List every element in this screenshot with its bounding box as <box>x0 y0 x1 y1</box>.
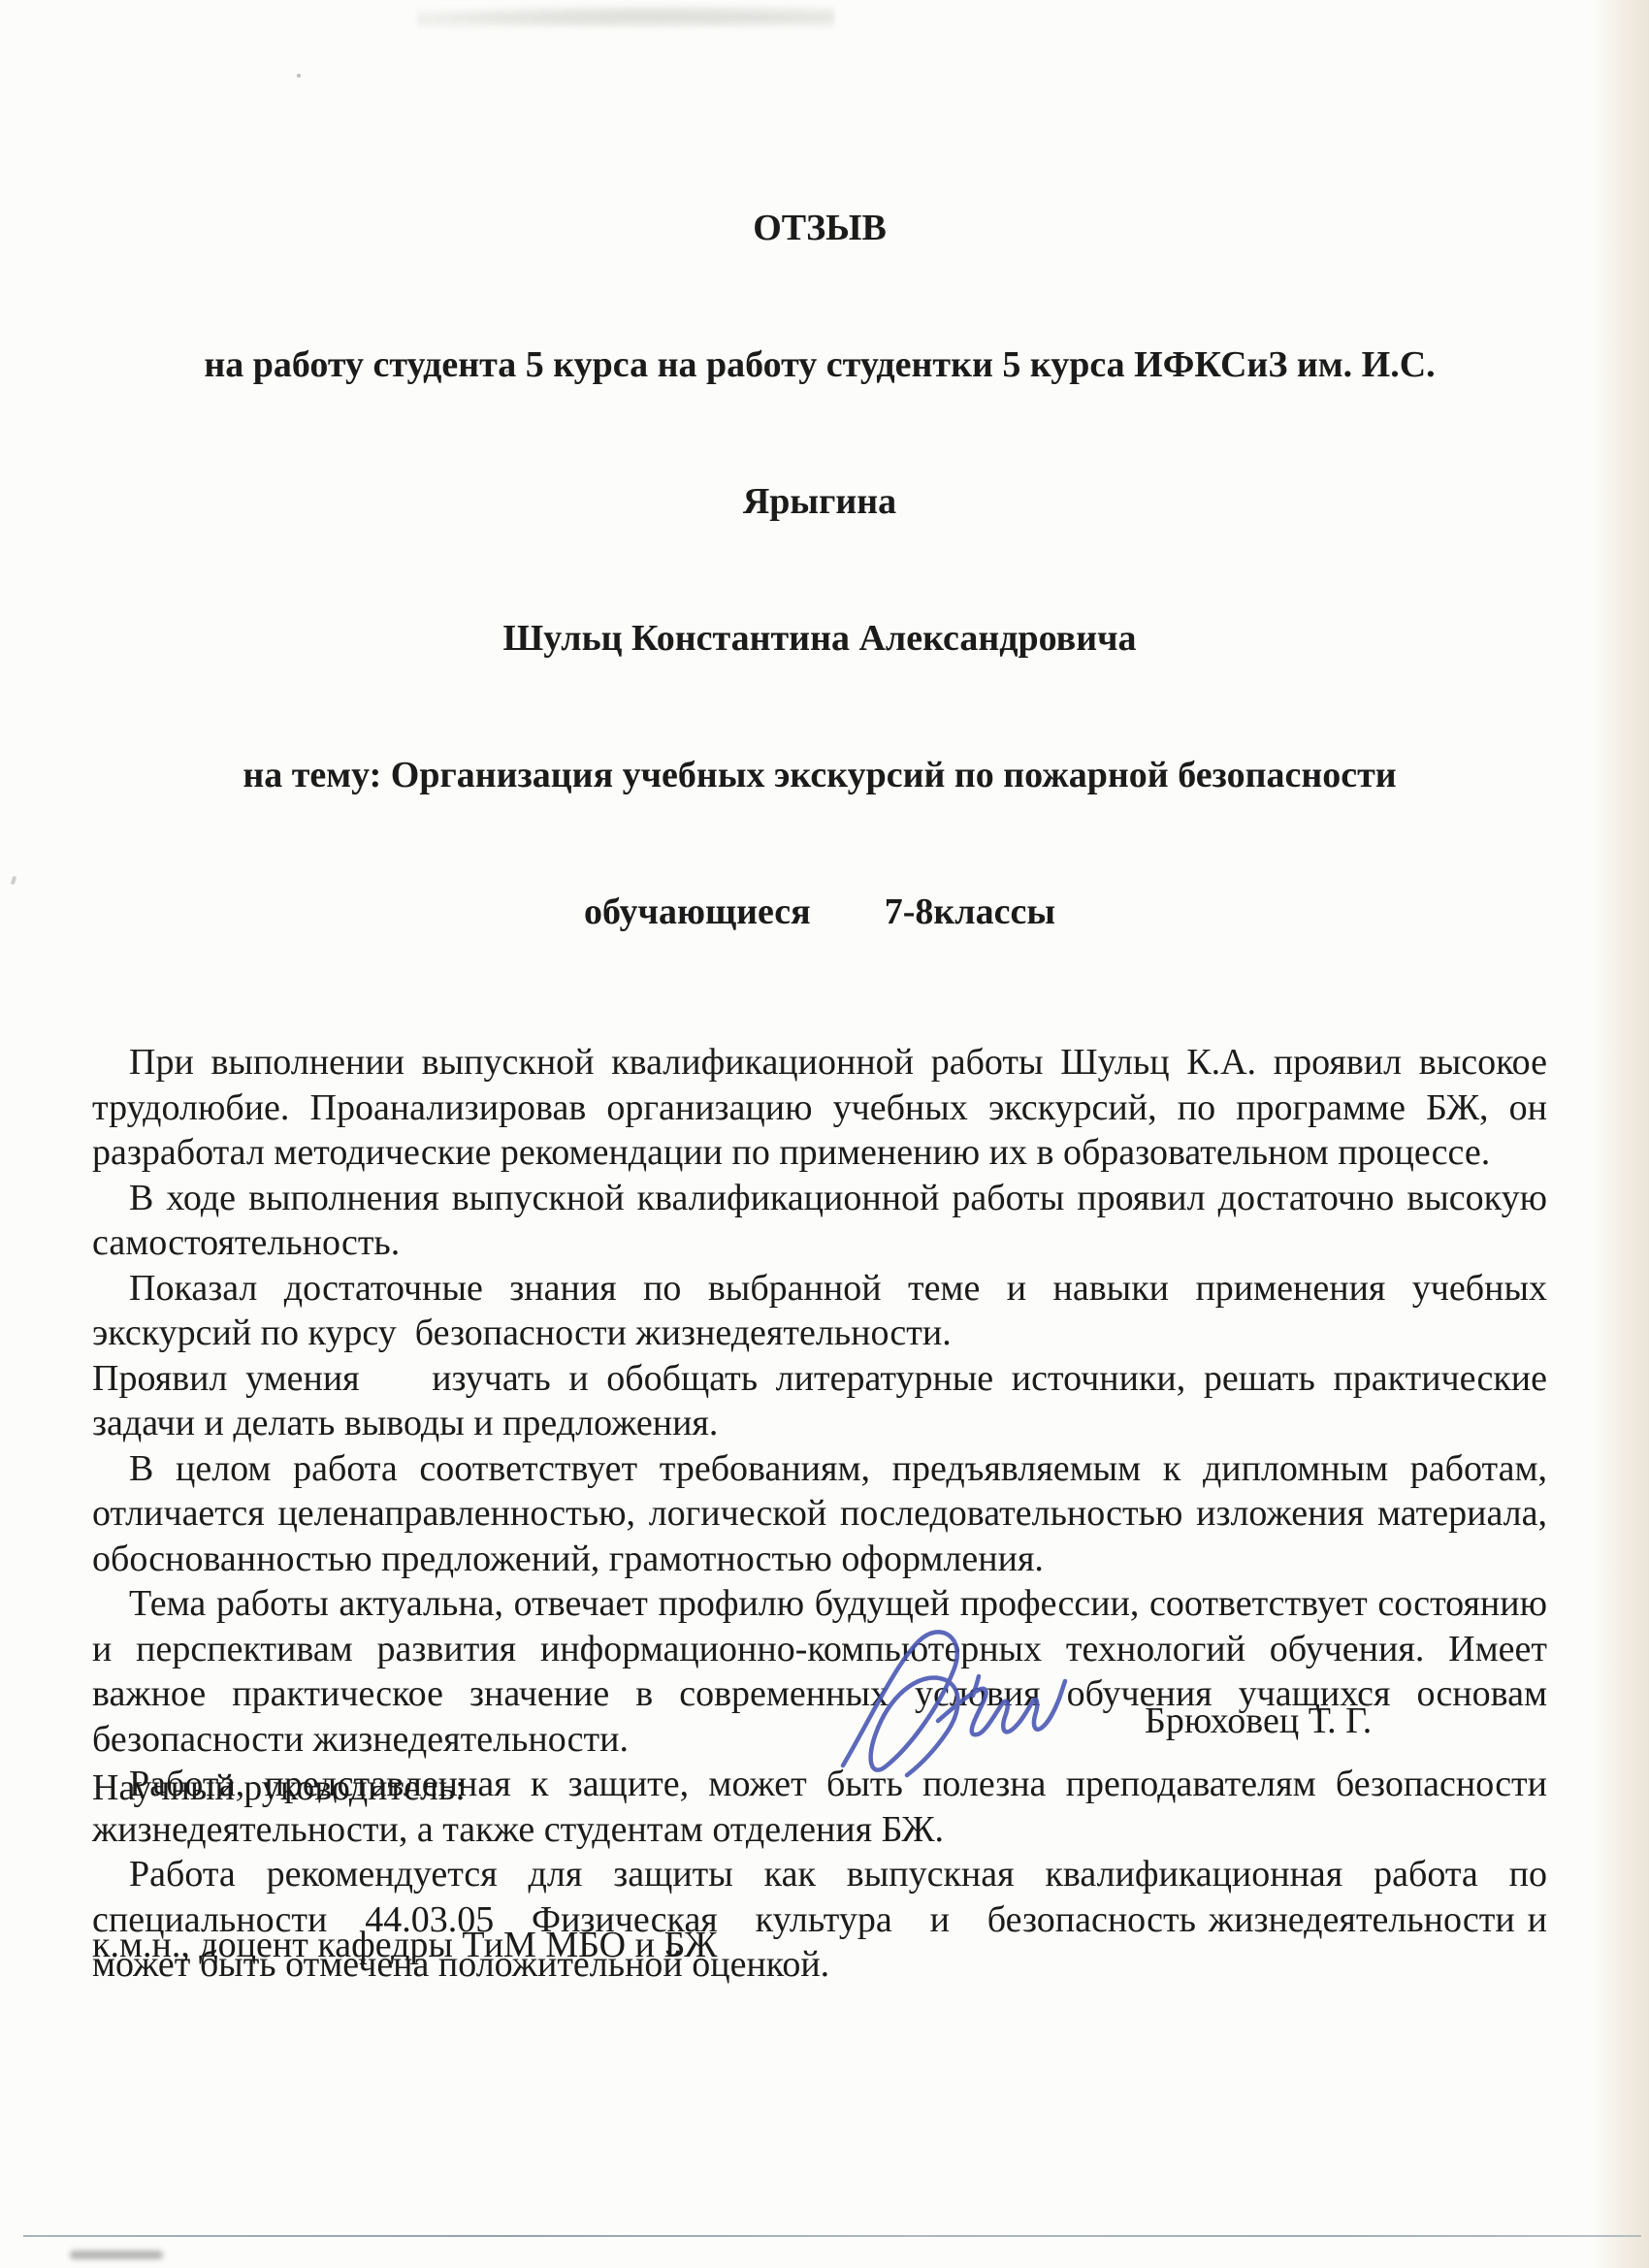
scan-artifact-speck <box>297 74 301 78</box>
scanned-document-page: ОТЗЫВ на работу студента 5 курса на рабо… <box>0 0 1649 2268</box>
supervisor-role: Научный руководитель: к.м.н., доцент каф… <box>92 1657 717 2076</box>
paragraph: В ходе выполнения выпускной квалификацио… <box>92 1176 1547 1266</box>
heading-line-grades: обучающиеся 7-8классы <box>92 890 1547 935</box>
scan-artifact-mark <box>70 2251 163 2259</box>
supervisor-role-line2: к.м.н., доцент кафедры ТиМ МБО и БЖ <box>92 1919 717 1971</box>
paragraph: При выполнении выпускной квалификационно… <box>92 1040 1547 1176</box>
page-edge-shadow <box>1593 0 1649 2268</box>
document-title: ОТЗЫВ <box>92 206 1547 251</box>
heading-line-topic: на тему: Организация учебных экскурсий п… <box>92 753 1547 798</box>
supervisor-name: Брюховец Т. Г. <box>1145 1700 1372 1742</box>
handwritten-signature-icon <box>822 1622 1083 1801</box>
paragraph: В целом работа соответствует требованиям… <box>92 1446 1547 1582</box>
paragraph: Показал достаточные знания по выбранной … <box>92 1266 1547 1356</box>
heading-line-student-name: Шульц Константина Александровича <box>92 616 1547 662</box>
heading-line: на работу студента 5 курса на работу сту… <box>92 342 1547 388</box>
page-bottom-edge-line <box>23 2235 1641 2237</box>
heading-line: Ярыгина <box>92 479 1547 525</box>
supervisor-role-line1: Научный руководитель: <box>92 1762 717 1814</box>
document-heading: ОТЗЫВ на работу студента 5 курса на рабо… <box>92 114 1547 1026</box>
scan-artifact-speck <box>11 876 17 886</box>
scan-artifact-smudge <box>417 4 834 29</box>
signature-block: Научный руководитель: к.м.н., доцент каф… <box>92 1649 1547 1824</box>
paragraph: Проявил умения изучать и обобщать литера… <box>92 1356 1547 1446</box>
